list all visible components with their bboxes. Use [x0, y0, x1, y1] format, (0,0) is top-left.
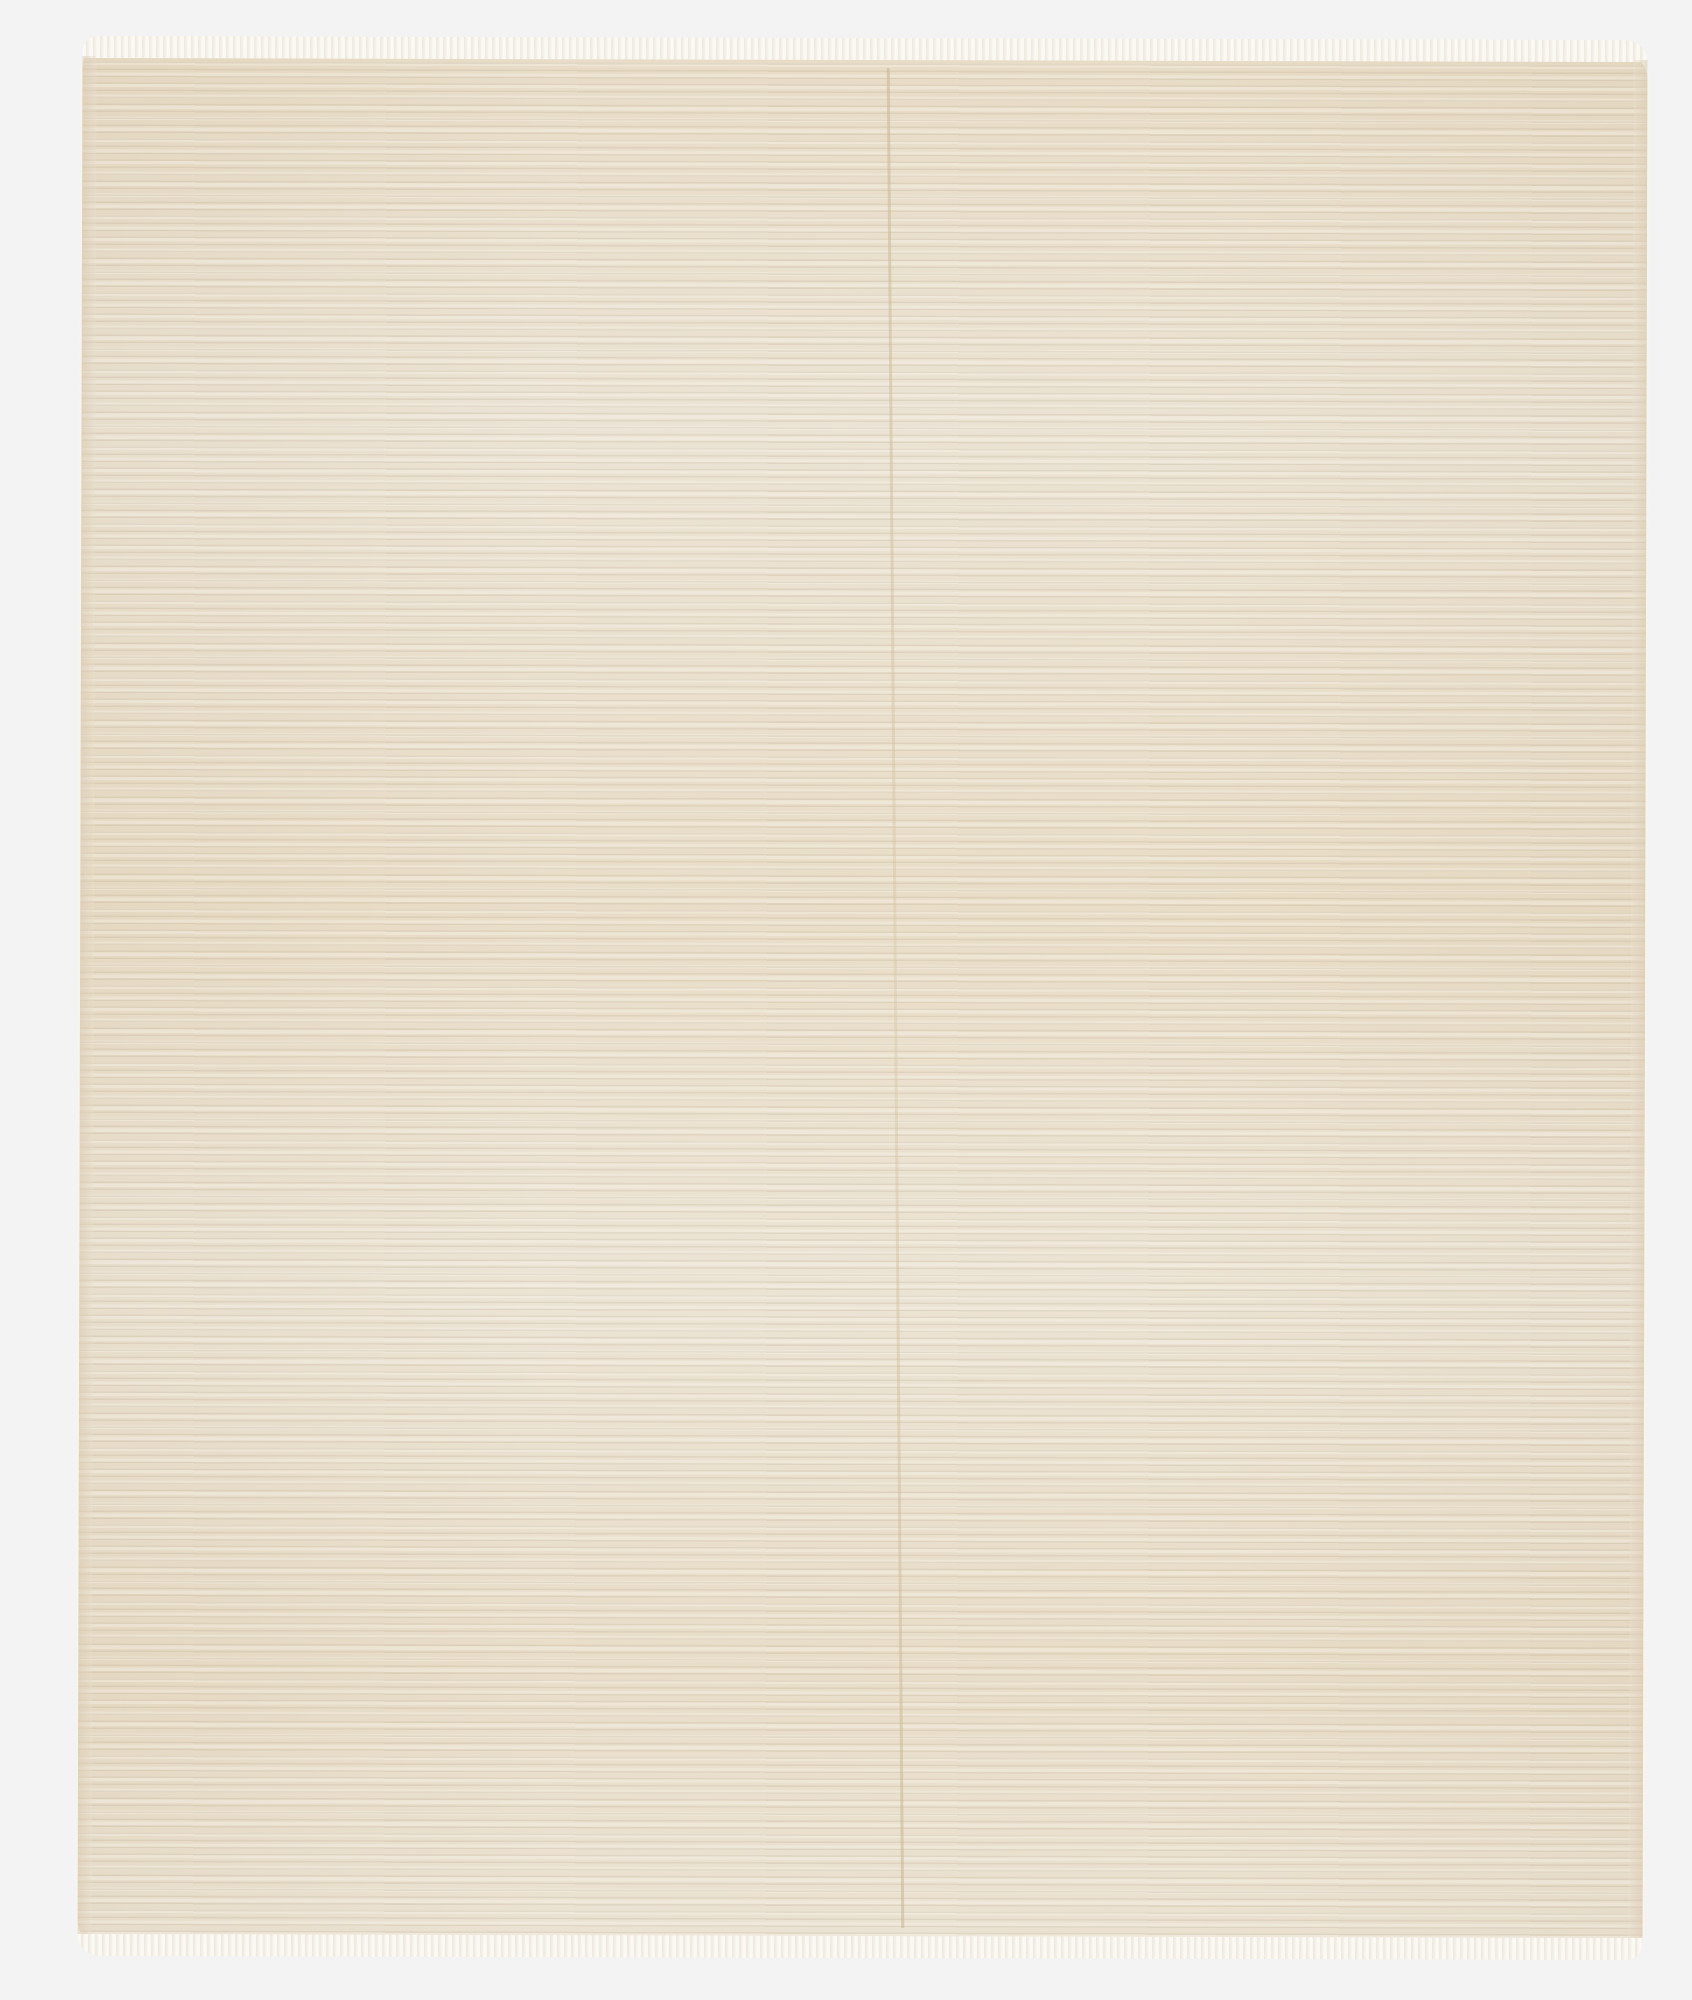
rug	[78, 46, 1648, 1950]
rug-edge-right	[1629, 60, 1648, 1940]
rug-center-seam	[886, 68, 904, 1928]
rug-edge-left	[78, 56, 97, 1936]
rug-fringe-bottom	[77, 1934, 1642, 1960]
rug-fringe-top	[82, 36, 1647, 62]
